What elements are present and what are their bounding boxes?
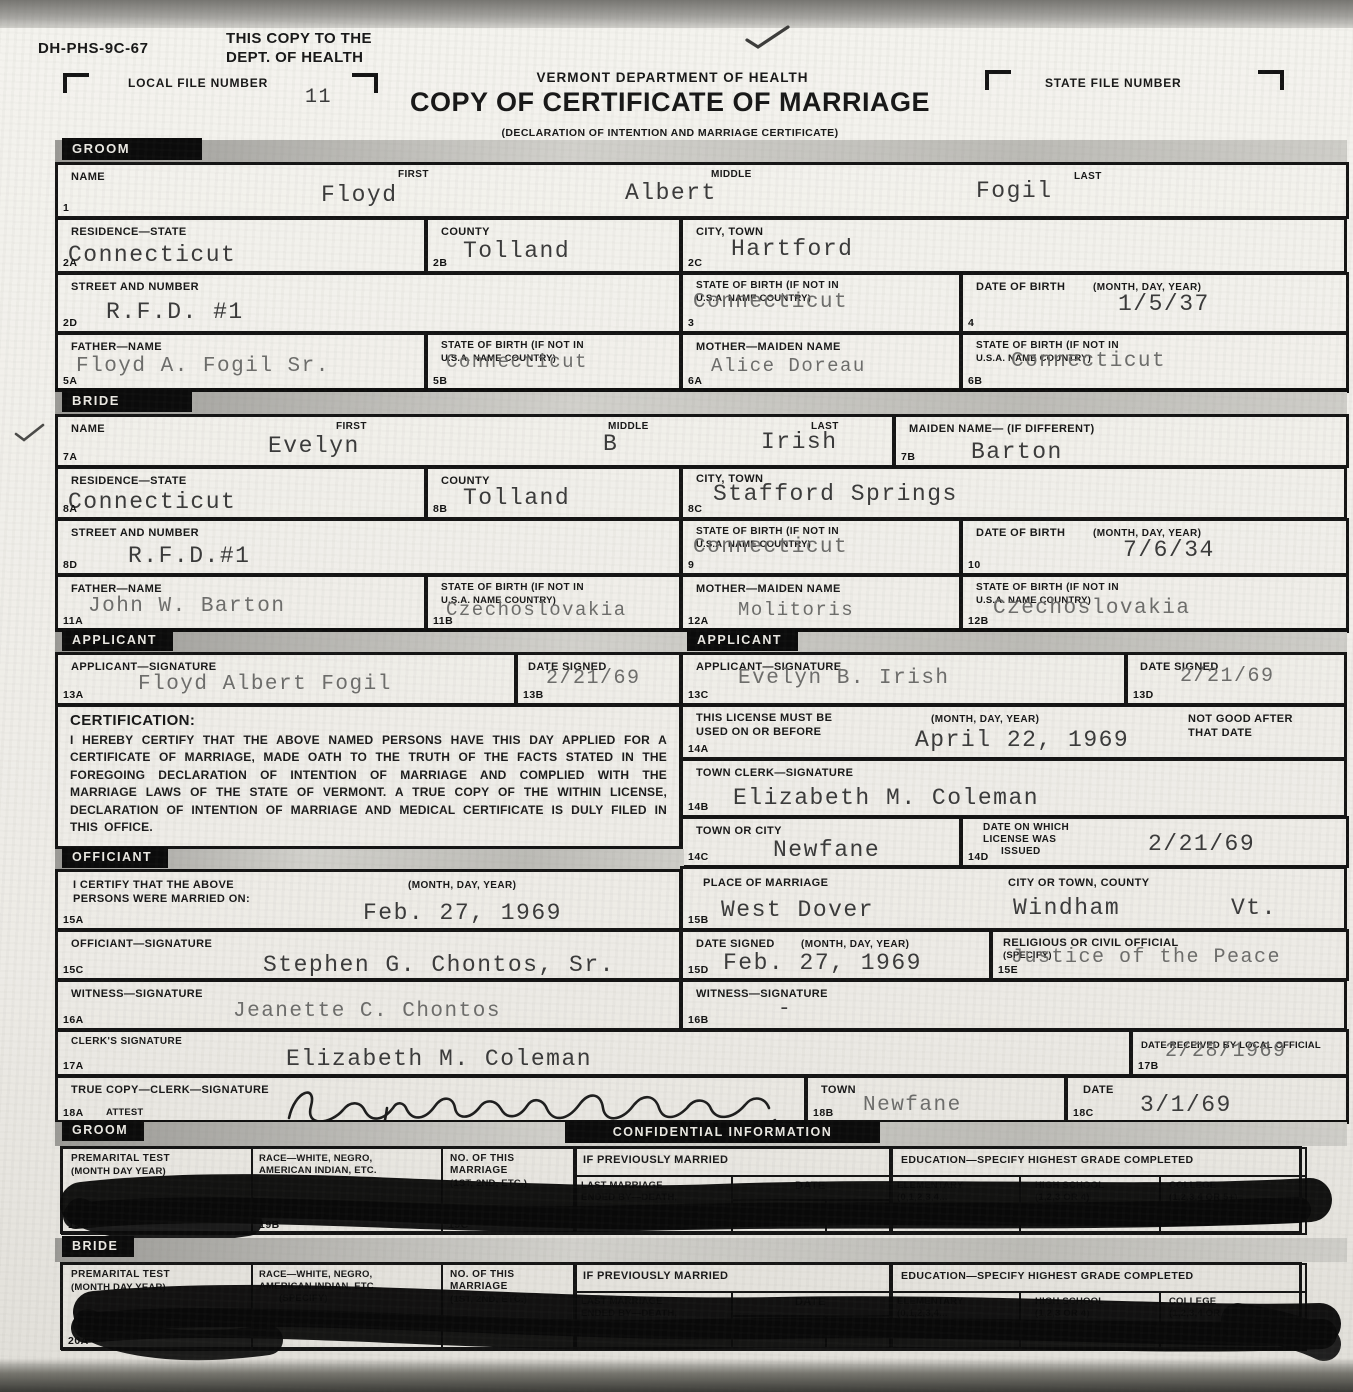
field-number: 12A: [688, 615, 709, 627]
field-number: 2A: [63, 257, 77, 269]
state-file-number-label: STATE FILE NUMBER: [1045, 76, 1181, 90]
bride-residence-state: Connecticut: [68, 489, 236, 515]
groom-middle-name: Albert: [625, 180, 717, 206]
groom-street: R.F.D. #1: [106, 299, 244, 325]
field-groom-residence-state: RESIDENCE—STATE Connecticut 2A: [55, 217, 427, 274]
field-groom-mother: MOTHER—MAIDEN NAME Alice Doreau 6A: [680, 332, 962, 392]
mdy-label: (MONTH, DAY, YEAR): [931, 714, 1039, 725]
groom-last-name: Fogil: [976, 178, 1053, 204]
field-bride-state-of-birth: STATE OF BIRTH (IF NOT IN U.S.A. NAME CO…: [680, 518, 962, 576]
mdy-label: (MONTH, DAY, YEAR): [801, 939, 909, 950]
not-good-after-label-2: THAT DATE: [1188, 727, 1252, 739]
bride-date-of-birth: 7/6/34: [1123, 537, 1215, 563]
field-bride-city-town: CITY, TOWN Stafford Springs 8C: [680, 466, 1347, 520]
license-issue-date: 2/21/69: [1148, 831, 1255, 857]
field-groom-date-of-birth: DATE OF BIRTH (MONTH, DAY, YEAR) 1/5/37 …: [960, 272, 1349, 334]
mdy-label: (MONTH, DAY, YEAR): [408, 880, 516, 891]
field-number: 8D: [63, 559, 77, 571]
date-of-birth-label: DATE OF BIRTH: [976, 281, 1065, 293]
license-must-be-used-label-1: THIS LICENSE MUST BE: [696, 712, 832, 724]
field-number: 2C: [688, 257, 702, 269]
groom-date-signed: 2/21/69: [546, 667, 641, 690]
certification-box: CERTIFICATION: I HEREBY CERTIFY THAT THE…: [55, 704, 682, 849]
field-groom-father: FATHER—NAME Floyd A. Fogil Sr. 5A: [55, 332, 427, 392]
middle-label: MIDDLE: [711, 169, 752, 180]
date-of-birth-label: DATE OF BIRTH: [976, 527, 1065, 539]
field-number: 17A: [63, 1060, 84, 1072]
field-number: 13D: [1133, 689, 1154, 701]
field-number: 10: [968, 559, 981, 571]
religious-or-civil-official: Justice of the Peace: [1011, 946, 1281, 969]
field-married-on-date: I CERTIFY THAT THE ABOVE PERSONS WERE MA…: [55, 869, 682, 931]
field-number: 14B: [688, 801, 709, 813]
local-file-bracket-left: [63, 73, 89, 93]
true-copy-date: 3/1/69: [1140, 1092, 1232, 1118]
field-number: 7B: [901, 451, 915, 463]
bride-date-signed: 2/21/69: [1180, 665, 1275, 688]
license-issued-label-1: DATE ON WHICH: [983, 822, 1069, 833]
field-clerks-signature: CLERK'S SIGNATURE Elizabeth M. Coleman 1…: [55, 1029, 1132, 1077]
field-officiant-signature: OFFICIANT—SIGNATURE Stephen G. Chontos, …: [55, 929, 682, 981]
department-name: VERMONT DEPARTMENT OF HEALTH: [400, 70, 945, 85]
field-religious-or-civil-official: RELIGIOUS OR CIVIL OFFICIAL (SPECIFY) Ju…: [990, 929, 1349, 981]
town-clerk-signature: Elizabeth M. Coleman: [733, 785, 1039, 811]
field-bride-residence-state: RESIDENCE—STATE Connecticut 8A: [55, 466, 427, 520]
local-file-number-label: LOCAL FILE NUMBER: [128, 76, 268, 90]
field-groom-county: COUNTY Tolland 2B: [425, 217, 682, 274]
field-number: 15A: [63, 914, 84, 926]
license-use-before-date: April 22, 1969: [915, 727, 1129, 753]
witness-signature: Jeanette C. Chontos: [233, 1000, 501, 1023]
local-file-number-value: 11: [305, 86, 332, 109]
bride-applicant-signature: Evelyn B. Irish: [738, 667, 950, 690]
scanner-edge-bottom: [0, 1358, 1353, 1392]
field-number: 12B: [968, 615, 989, 627]
groom-date-of-birth: 1/5/37: [1118, 291, 1210, 317]
field-number: 15B: [688, 914, 709, 926]
field-bride-mother: MOTHER—MAIDEN NAME Molitoris 12A: [680, 574, 962, 632]
premarital-test-label: PREMARITAL TEST: [71, 1269, 170, 1280]
copy-note-line2: DEPT. OF HEALTH: [226, 49, 363, 66]
checkmark-icon: [14, 423, 46, 445]
field-number: 18A: [63, 1107, 84, 1119]
town-clerk-signature-label: TOWN CLERK—SIGNATURE: [696, 767, 853, 779]
place-of-marriage: West Dover: [721, 897, 874, 923]
education-label: EDUCATION—SPECIFY HIGHEST GRADE COMPLETE…: [901, 1154, 1194, 1166]
field-groom-date-signed: DATE SIGNED 2/21/69 13B: [515, 652, 682, 706]
field-number: 15C: [63, 964, 84, 976]
confidential-groom-tab: GROOM: [62, 1120, 144, 1141]
field-witness-signature-right: WITNESS—SIGNATURE - 16B: [680, 979, 1347, 1031]
field-number: 2D: [63, 317, 77, 329]
field-number: 14D: [968, 851, 989, 863]
field-groom-name: NAME FIRST Floyd MIDDLE Albert LAST Fogi…: [55, 162, 1349, 219]
license-issued-label-3: ISSUED: [1001, 846, 1041, 857]
date-received: 2/28/1969: [1165, 1040, 1287, 1063]
groom-county: Tolland: [463, 238, 570, 264]
field-number: 16B: [688, 1014, 709, 1026]
county-label: COUNTY: [441, 226, 490, 238]
street-label: STREET AND NUMBER: [71, 527, 199, 539]
attest-label: ATTEST: [106, 1107, 143, 1118]
bride-father-state-of-birth: Czechoslovakia: [446, 599, 627, 621]
state-file-bracket-left: [985, 70, 1011, 90]
applicant-groom-tab: APPLICANT: [62, 630, 173, 651]
first-label: FIRST: [336, 421, 367, 432]
field-number: 8B: [433, 503, 447, 515]
field-number: 16A: [63, 1014, 84, 1026]
state-of-birth-label-1: STATE OF BIRTH (IF NOT IN: [696, 280, 839, 291]
redaction-mark-groom: [58, 1168, 1328, 1248]
mother-label: MOTHER—MAIDEN NAME: [696, 583, 841, 595]
field-witness-signature-left: WITNESS—SIGNATURE Jeanette C. Chontos 16…: [55, 979, 682, 1031]
groom-father-state-of-birth: Connecticut: [446, 351, 588, 373]
field-number: 11B: [433, 615, 453, 627]
bride-section-tab: BRIDE: [62, 390, 192, 412]
field-groom-state-of-birth: STATE OF BIRTH (IF NOT IN U.S.A. NAME CO…: [680, 272, 962, 334]
field-number: 5B: [433, 375, 447, 387]
bride-first-name: Evelyn: [268, 433, 360, 459]
witness-signature-label: WITNESS—SIGNATURE: [71, 988, 203, 1000]
marriage-state: Vt.: [1231, 895, 1277, 921]
town-or-city-label: TOWN OR CITY: [696, 825, 782, 837]
bride-state-of-birth: Connecticut: [693, 536, 848, 559]
field-place-of-marriage: PLACE OF MARRIAGE CITY OR TOWN, COUNTY W…: [680, 866, 1347, 931]
bride-father-name: John W. Barton: [88, 595, 285, 618]
groom-first-name: Floyd: [321, 182, 398, 208]
state-file-bracket-right: [1258, 70, 1284, 90]
groom-applicant-signature: Floyd Albert Fogil: [138, 673, 392, 696]
license-town-or-city: Newfane: [773, 837, 880, 863]
groom-state-of-birth: Connecticut: [693, 291, 848, 314]
witness-signature-2: -: [778, 998, 792, 1021]
confidential-bride-tab: BRIDE: [62, 1236, 134, 1257]
field-bride-maiden-name: MAIDEN NAME— (IF DIFFERENT) Barton 7B: [893, 414, 1349, 468]
field-number: 4: [968, 317, 974, 329]
race-label-1: RACE—WHITE, NEGRO,: [259, 1153, 372, 1164]
officiant-signature-label: OFFICIANT—SIGNATURE: [71, 938, 212, 950]
not-good-after-label-1: NOT GOOD AFTER: [1188, 713, 1293, 725]
field-bride-name: NAME FIRST Evelyn MIDDLE B LAST Irish 7A: [55, 414, 895, 468]
field-bride-mother-state-of-birth: STATE OF BIRTH (IF NOT IN U.S.A. NAME CO…: [960, 574, 1349, 632]
field-groom-applicant-signature: APPLICANT—SIGNATURE Floyd Albert Fogil 1…: [55, 652, 517, 706]
field-date-received: DATE RECEIVED BY LOCAL OFFICIAL 2/28/196…: [1130, 1029, 1349, 1077]
applicant-bride-tab: APPLICANT: [687, 630, 798, 651]
field-number: 9: [688, 559, 694, 571]
bride-mother-state-of-birth: Czechoslovakia: [993, 597, 1190, 620]
field-bride-county: COUNTY Tolland 8B: [425, 466, 682, 520]
field-town-clerk-signature: TOWN CLERK—SIGNATURE Elizabeth M. Colema…: [680, 758, 1347, 818]
field-bride-applicant-signature: APPLICANT—SIGNATURE Evelyn B. Irish 13C: [680, 652, 1127, 706]
license-must-be-used-label-2: USED ON OR BEFORE: [696, 726, 821, 738]
mother-label: MOTHER—MAIDEN NAME: [696, 341, 841, 353]
field-number: 6B: [968, 375, 982, 387]
officiant-section-tab: OFFICIANT: [62, 847, 168, 868]
date-label: DATE: [1083, 1084, 1114, 1096]
true-copy-town: Newfane: [863, 1094, 962, 1117]
field-number: 18B: [813, 1107, 834, 1119]
scanner-edge-top: [0, 0, 1353, 30]
bride-mother-name: Molitoris: [738, 599, 854, 621]
bride-street: R.F.D.#1: [128, 543, 250, 569]
field-number: 6A: [688, 375, 702, 387]
race-label-1: RACE—WHITE, NEGRO,: [259, 1269, 372, 1280]
groom-father-name: Floyd A. Fogil Sr.: [76, 355, 330, 378]
field-bride-father-state-of-birth: STATE OF BIRTH (IF NOT IN U.S.A. NAME CO…: [425, 574, 682, 632]
page-title: COPY OF CERTIFICATE OF MARRIAGE: [390, 87, 950, 118]
field-number: 8A: [63, 503, 77, 515]
field-true-copy-town: TOWN Newfane 18B: [805, 1075, 1067, 1124]
city-or-town-county-label: CITY OR TOWN, COUNTY: [1008, 877, 1149, 889]
scanned-marriage-certificate: { "header": { "form_code": "DH-PHS-9C-67…: [0, 0, 1353, 1392]
form-code: DH-PHS-9C-67: [38, 40, 149, 57]
bride-section-band: [55, 392, 1347, 416]
bride-middle-name: B: [603, 431, 618, 457]
last-label: LAST: [1074, 171, 1102, 182]
bride-county: Tolland: [463, 485, 570, 511]
field-license-issue-date: DATE ON WHICH LICENSE WAS ISSUED 2/21/69…: [960, 816, 1349, 868]
field-groom-mother-state-of-birth: STATE OF BIRTH (IF NOT IN U.S.A. NAME CO…: [960, 332, 1349, 392]
checkmark-icon: [745, 25, 791, 51]
field-true-copy-date: DATE 3/1/69 18C: [1065, 1075, 1349, 1124]
groom-residence-state: Connecticut: [68, 242, 236, 268]
field-number: 8C: [688, 503, 702, 515]
street-label: STREET AND NUMBER: [71, 281, 199, 293]
residence-state-label: RESIDENCE—STATE: [71, 226, 187, 238]
groom-mother-name: Alice Doreau: [711, 355, 866, 377]
certification-heading: CERTIFICATION:: [70, 712, 195, 729]
bride-last-name: Irish: [761, 429, 838, 455]
bride-maiden-name: Barton: [971, 439, 1063, 465]
field-number: 3: [688, 317, 694, 329]
premarital-test-label: PREMARITAL TEST: [71, 1153, 170, 1164]
field-groom-street: STREET AND NUMBER R.F.D. #1 2D: [55, 272, 682, 334]
witness-signature-label: WITNESS—SIGNATURE: [696, 988, 828, 1000]
groom-city-town: Hartford: [731, 236, 853, 262]
field-number: 11A: [63, 615, 83, 627]
name-label: NAME: [71, 171, 105, 183]
copy-note-line1: THIS COPY TO THE: [226, 30, 372, 47]
page-subtitle: (DECLARATION OF INTENTION AND MARRIAGE C…: [390, 127, 950, 139]
true-copy-label: TRUE COPY—CLERK—SIGNATURE: [71, 1084, 269, 1096]
field-number: 2B: [433, 257, 447, 269]
field-number: 1: [63, 202, 69, 214]
marriage-number-label-1: NO. OF THIS: [450, 1153, 514, 1164]
field-bride-date-of-birth: DATE OF BIRTH (MONTH, DAY, YEAR) 7/6/34 …: [960, 518, 1349, 576]
married-on-date: Feb. 27, 1969: [363, 900, 562, 926]
maiden-name-label: MAIDEN NAME— (IF DIFFERENT): [909, 423, 1095, 435]
applicant-signature-label: APPLICANT—SIGNATURE: [71, 661, 217, 673]
town-label: TOWN: [821, 1084, 856, 1096]
field-number: 13B: [523, 689, 544, 701]
groom-section-tab: GROOM: [62, 138, 202, 160]
groom-mother-state-of-birth: Connecticut: [1011, 350, 1166, 373]
field-groom-father-state-of-birth: STATE OF BIRTH (IF NOT IN U.S.A. NAME CO…: [425, 332, 682, 392]
field-bride-father: FATHER—NAME John W. Barton 11A: [55, 574, 427, 632]
field-number: 13A: [63, 689, 84, 701]
field-number: 13C: [688, 689, 709, 701]
license-issued-label-2: LICENSE WAS: [983, 834, 1056, 845]
name-label: NAME: [71, 423, 105, 435]
officiant-signature: Stephen G. Chontos, Sr.: [263, 952, 615, 978]
field-groom-city-town: CITY, TOWN Hartford 2C: [680, 217, 1347, 274]
field-number: 7A: [63, 451, 77, 463]
previously-married-label: IF PREVIOUSLY MARRIED: [583, 1154, 728, 1166]
certification-body: I HEREBY CERTIFY THAT THE ABOVE NAMED PE…: [70, 732, 667, 836]
field-bride-date-signed: DATE SIGNED 2/21/69 13D: [1125, 652, 1347, 706]
field-number: 5A: [63, 375, 77, 387]
father-label: FATHER—NAME: [71, 583, 162, 595]
first-label: FIRST: [398, 169, 429, 180]
marriage-number-label-1: NO. OF THIS: [450, 1269, 514, 1280]
confidential-bride-band: [55, 1238, 1347, 1262]
place-of-marriage-label: PLACE OF MARRIAGE: [703, 877, 828, 889]
bride-city-town: Stafford Springs: [713, 481, 958, 507]
groom-section-band: [55, 140, 1347, 164]
field-number: 18C: [1073, 1107, 1094, 1119]
officiant-date-signed: Feb. 27, 1969: [723, 950, 922, 976]
field-officiant-date-signed: DATE SIGNED (MONTH, DAY, YEAR) Feb. 27, …: [680, 929, 992, 981]
state-of-birth-label-1: STATE OF BIRTH (IF NOT IN: [441, 582, 584, 593]
field-number: 17B: [1138, 1060, 1159, 1072]
field-bride-street: STREET AND NUMBER R.F.D.#1 8D: [55, 518, 682, 576]
residence-state-label: RESIDENCE—STATE: [71, 475, 187, 487]
father-label: FATHER—NAME: [71, 341, 162, 353]
state-of-birth-label-1: STATE OF BIRTH (IF NOT IN: [441, 340, 584, 351]
local-file-bracket-right: [352, 73, 378, 93]
field-number: 14A: [688, 743, 709, 755]
field-license-town-or-city: TOWN OR CITY Newfane 14C: [680, 816, 962, 868]
marriage-county: Windham: [1013, 895, 1120, 921]
field-number: 15E: [998, 964, 1018, 976]
date-signed-label: DATE SIGNED: [696, 938, 775, 950]
married-on-label-2: PERSONS WERE MARRIED ON:: [73, 893, 250, 905]
state-of-birth-label-1: STATE OF BIRTH (IF NOT IN: [976, 582, 1119, 593]
field-license-use-before: THIS LICENSE MUST BE USED ON OR BEFORE (…: [680, 704, 1347, 760]
field-number: 15D: [688, 964, 709, 976]
married-on-label-1: I CERTIFY THAT THE ABOVE: [73, 879, 234, 891]
field-number: 14C: [688, 851, 709, 863]
clerks-signature-label: CLERK'S SIGNATURE: [71, 1036, 182, 1047]
clerks-signature: Elizabeth M. Coleman: [286, 1046, 592, 1072]
confidential-information-header: CONFIDENTIAL INFORMATION: [565, 1122, 880, 1143]
